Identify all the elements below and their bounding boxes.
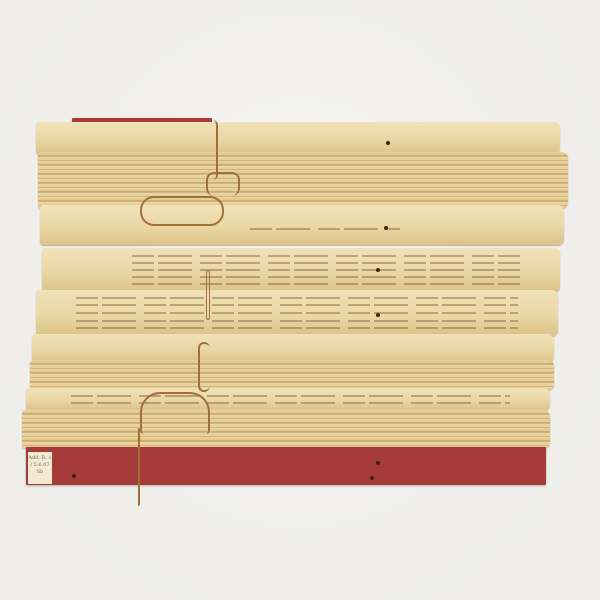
binding-hole (386, 141, 390, 145)
board-hole (72, 474, 76, 478)
binding-string-lower-tail (140, 392, 210, 434)
leaf-title-inscription (250, 225, 400, 232)
binding-string-dangling (132, 428, 140, 506)
binding-hole (376, 313, 380, 317)
binding-string-knot (206, 172, 240, 196)
script-lines (26, 388, 550, 410)
title-leaf (40, 205, 564, 245)
bottom-cover-board (26, 447, 546, 485)
photo-scene: Add. R. 1 / 5.6.07 Sb (0, 0, 600, 600)
binding-hole (376, 268, 380, 272)
inscribed-leaf-2 (36, 290, 558, 336)
lower-leaf-stack (30, 360, 554, 390)
script-lines (36, 290, 558, 336)
binding-string-middle (206, 270, 210, 320)
catalogue-label: Add. R. 1 / 5.6.07 Sb (28, 452, 52, 484)
top-leaf-stack (38, 152, 568, 208)
bottom-leaf-stack (22, 410, 550, 448)
binding-string-lower-loop (198, 342, 210, 392)
binding-string-top-loop (208, 120, 218, 180)
script-lines (42, 248, 560, 292)
board-hole (376, 461, 380, 465)
lower-leaf (32, 334, 554, 362)
top-leaf (36, 122, 560, 154)
binding-hole (384, 226, 388, 230)
board-hole (370, 476, 374, 480)
inscribed-leaf-1 (42, 248, 560, 292)
inscribed-leaf-3 (26, 388, 550, 410)
binding-string-tail (140, 196, 224, 226)
